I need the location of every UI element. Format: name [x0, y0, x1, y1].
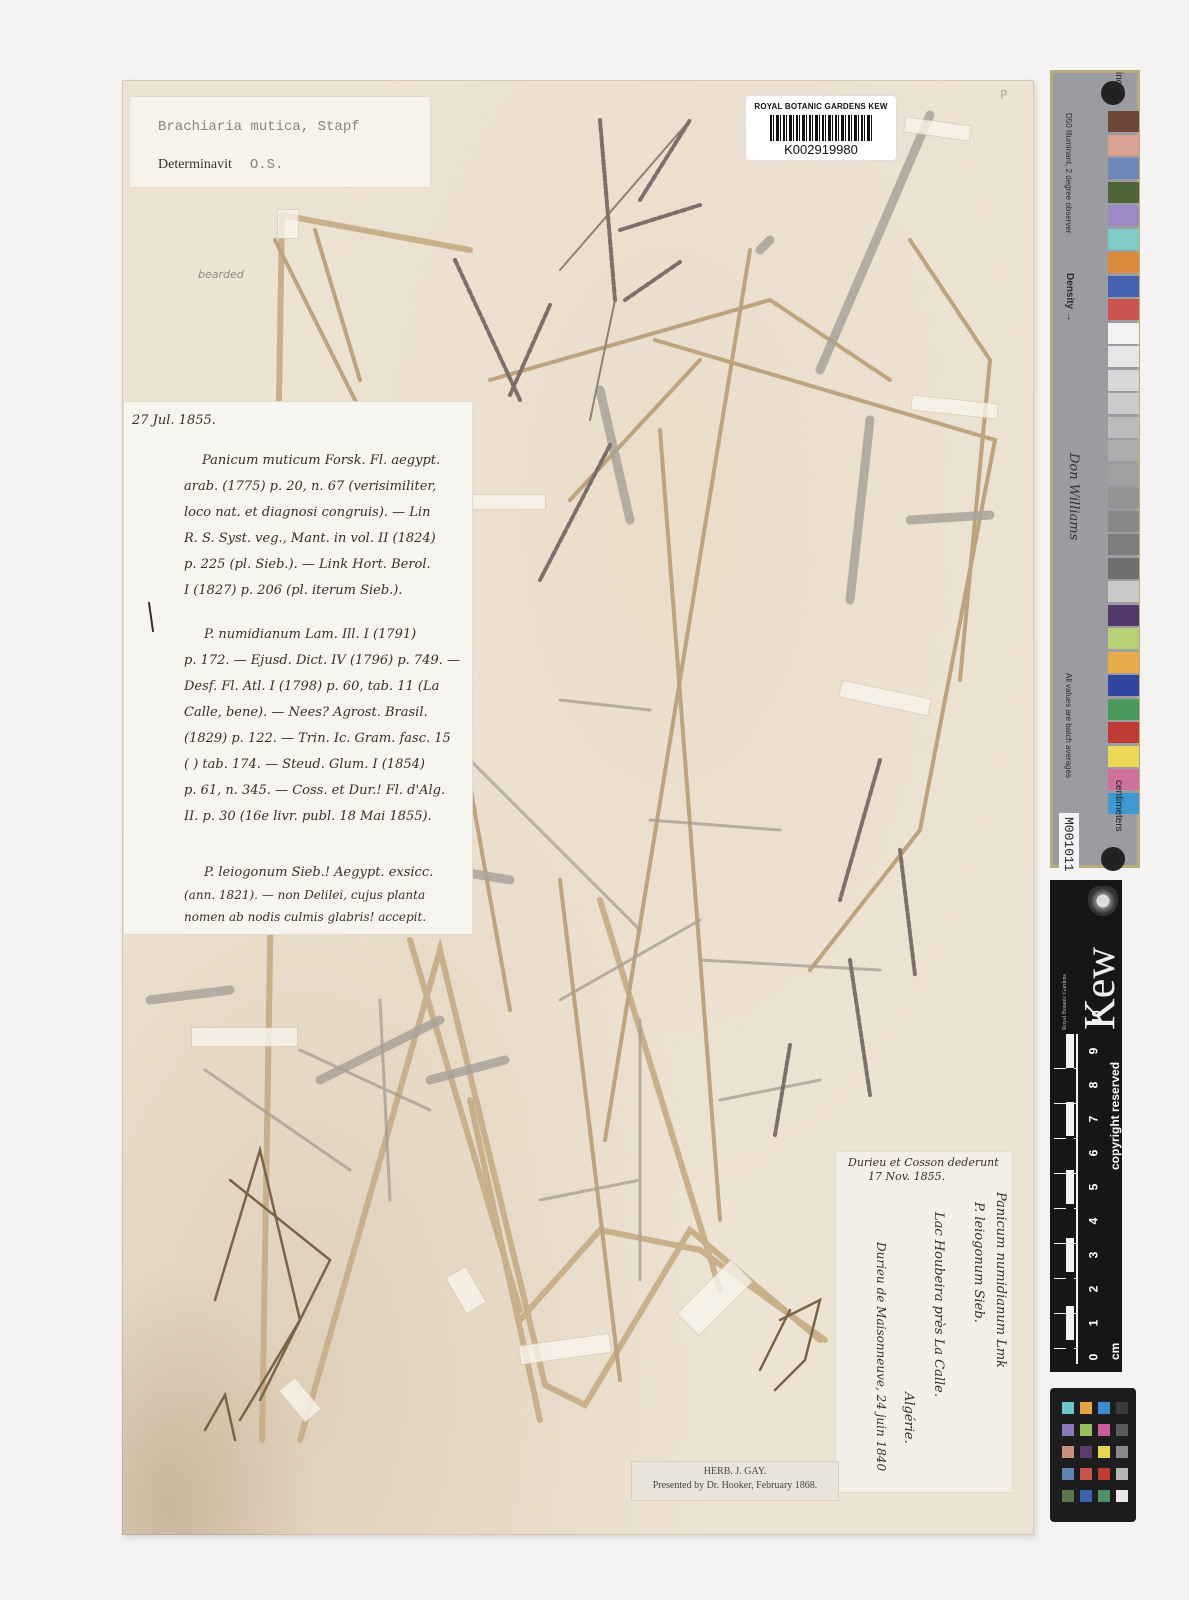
locality-line: Algérie. [901, 1392, 916, 1444]
locality-line: Panicum numidianum Lmk [993, 1192, 1008, 1368]
density-label: Density → [1064, 273, 1075, 322]
mounting-tape [470, 495, 545, 509]
batch-average-text: All values are batch averages [1064, 673, 1073, 778]
color-swatch [1108, 323, 1139, 344]
annotation-line: (1829) p. 122. — Trin. Ic. Gram. fasc. 1… [184, 726, 451, 752]
color-chip [1080, 1424, 1092, 1436]
color-swatch [1108, 699, 1139, 720]
cm-ruler [1054, 1034, 1078, 1364]
annotation-line: nomen ab nodis culmis glabris! accepit. [184, 904, 426, 930]
locality-label: Durieu et Cosson dederunt 17 Nov. 1855. … [836, 1152, 1012, 1492]
color-swatch [1108, 182, 1139, 203]
color-chip [1062, 1424, 1074, 1436]
unit-inches: inches [1113, 72, 1124, 101]
annotation-line: I (1827) p. 206 (pl. iterum Sieb.). [184, 578, 403, 604]
species-name: Brachiaria mutica, Stapf [158, 119, 360, 135]
donor-line: Durieu et Cosson dederunt [848, 1156, 999, 1170]
annotation-label: 27 Jul. 1855. Panicum muticum Forsk. Fl.… [124, 402, 472, 934]
color-chip [1116, 1490, 1128, 1502]
color-chip [1116, 1468, 1128, 1480]
locality-line: Durieu de Maisonneuve, 24 juin 1840 [874, 1242, 888, 1471]
herbarium-name: HERB. J. GAY. [632, 1462, 838, 1479]
color-swatch [1108, 487, 1139, 508]
color-chip [1098, 1424, 1110, 1436]
annotation-line: Calle, bene). — Nees? Agrost. Brasil. [184, 700, 428, 726]
color-swatch [1108, 675, 1139, 696]
annotation-line: arab. (1775) p. 20, n. 67 (verisimiliter… [184, 474, 436, 500]
color-swatch [1108, 135, 1139, 156]
color-chip [1062, 1468, 1074, 1480]
herbarium-label: HERB. J. GAY. Presented by Dr. Hooker, F… [632, 1462, 838, 1500]
color-chip [1098, 1402, 1110, 1414]
color-swatch [1108, 252, 1139, 273]
color-chip [1098, 1468, 1110, 1480]
color-chip [1062, 1490, 1074, 1502]
color-calibration-bar: D50 Illuminant, 2 degree observer Densit… [1050, 70, 1140, 868]
color-chip [1116, 1424, 1128, 1436]
locality-line: Lac Houbeira près La Calle. [931, 1212, 946, 1397]
color-swatch [1108, 511, 1139, 532]
mounting-tape [192, 1028, 297, 1046]
color-swatch [1108, 299, 1139, 320]
color-swatch [1108, 581, 1139, 602]
copyright-text: copyright reserved [1108, 1062, 1122, 1170]
illuminant-text: D50 Illuminant, 2 degree observer [1064, 113, 1073, 234]
annotation-line: II. p. 30 (16e livr. publ. 18 Mai 1855). [184, 804, 432, 830]
ruler-tick-label: 4 [1086, 1218, 1100, 1225]
kew-crest-icon [1088, 886, 1118, 916]
color-swatch [1108, 534, 1139, 555]
presentation-line: Presented by Dr. Hooker, February 1868. [632, 1479, 838, 1493]
locality-line: P. leiogonum Sieb. [971, 1202, 986, 1323]
color-chip [1062, 1446, 1074, 1458]
color-swatch [1108, 746, 1139, 767]
color-chip [1080, 1402, 1092, 1414]
annotation-line: Panicum muticum Forsk. Fl. aegypt. [202, 448, 440, 474]
ruler-tick-label: 8 [1086, 1082, 1100, 1089]
color-chip [1080, 1468, 1092, 1480]
annotation-line: p. 61, n. 345. — Coss. et Dur.! Fl. d'Al… [184, 778, 445, 804]
ruler-tick-label: 0 [1086, 1354, 1100, 1361]
kew-subtitle: Royal Botanic Gardens [1062, 974, 1068, 1030]
mounting-tape [278, 210, 298, 238]
ruler-tick-label: 5 [1086, 1184, 1100, 1191]
ruler-tick-label: 10 [1090, 1010, 1104, 1023]
locality-header: Durieu et Cosson dederunt 17 Nov. 1855. [848, 1156, 999, 1184]
color-swatch [1108, 628, 1139, 649]
color-chip [1080, 1446, 1092, 1458]
donation-date: 17 Nov. 1855. [848, 1170, 999, 1184]
ruler-tick-label: 6 [1086, 1150, 1100, 1157]
ruler-tick-label: 9 [1086, 1048, 1100, 1055]
determination-label: Brachiaria mutica, Stapf DeterminavitO.S… [130, 97, 430, 187]
ruler-tick-label: 3 [1086, 1252, 1100, 1259]
color-swatch [1108, 722, 1139, 743]
unit-centimeters: centimeters [1113, 780, 1124, 832]
annotation-date: 27 Jul. 1855. [132, 408, 216, 434]
chart-id: M001011 [1061, 817, 1076, 872]
ruler-tick-label: 2 [1086, 1286, 1100, 1293]
determinavit-label: Determinavit [158, 157, 232, 172]
corner-mark: P [1000, 88, 1007, 102]
pen-mark [148, 602, 154, 632]
institution-name: ROYAL BOTANIC GARDENS KEW [746, 102, 896, 111]
color-chip [1116, 1446, 1128, 1458]
annotation-line: Desf. Fl. Atl. I (1798) p. 60, tab. 11 (… [184, 674, 439, 700]
color-checker-card [1050, 1388, 1136, 1522]
color-swatch [1108, 370, 1139, 391]
color-swatch [1108, 440, 1139, 461]
kew-scale-bar: Kew Royal Botanic Gardens copyright rese… [1050, 880, 1122, 1372]
color-swatch [1108, 652, 1139, 673]
color-chip [1098, 1446, 1110, 1458]
annotation-line: P. numidianum Lam. Ill. I (1791) [204, 622, 416, 648]
color-swatch [1108, 393, 1139, 414]
annotation-line: ( ) tab. 174. — Steud. Glum. I (1854) [184, 752, 425, 778]
color-chip [1116, 1402, 1128, 1414]
color-swatch [1108, 205, 1139, 226]
color-swatch [1108, 464, 1139, 485]
signature: Don Williams [1066, 453, 1081, 540]
barcode-label: ROYAL BOTANIC GARDENS KEW K002919980 [746, 96, 896, 160]
ruler-tick-label: 1 [1086, 1320, 1100, 1327]
annotation-line: R. S. Syst. veg., Mant. in vol. II (1824… [184, 526, 436, 552]
color-swatch [1108, 417, 1139, 438]
registration-dot [1101, 847, 1125, 871]
color-chip [1080, 1490, 1092, 1502]
annotation-line: p. 225 (pl. Sieb.). — Link Hort. Berol. [184, 552, 431, 578]
color-swatch [1108, 276, 1139, 297]
pencil-note: bearded [198, 268, 244, 281]
annotation-line: p. 172. — Ejusd. Dict. IV (1796) p. 749.… [184, 648, 460, 674]
color-swatch [1108, 158, 1139, 179]
color-swatch [1108, 229, 1139, 250]
color-swatch [1108, 605, 1139, 626]
color-swatch [1108, 558, 1139, 579]
barcode-number: K002919980 [746, 142, 896, 157]
color-chip [1062, 1402, 1074, 1414]
determinavit-line: DeterminavitO.S. [158, 157, 283, 173]
color-swatch [1108, 111, 1139, 132]
annotation-line: loco nat. et diagnosi congruis). — Lin [184, 500, 430, 526]
color-chip [1098, 1490, 1110, 1502]
color-swatch [1108, 346, 1139, 367]
unit-cm: cm [1108, 1343, 1122, 1360]
determiner-initials: O.S. [250, 157, 284, 173]
barcode-bars [770, 115, 872, 141]
ruler-tick-label: 7 [1086, 1116, 1100, 1123]
